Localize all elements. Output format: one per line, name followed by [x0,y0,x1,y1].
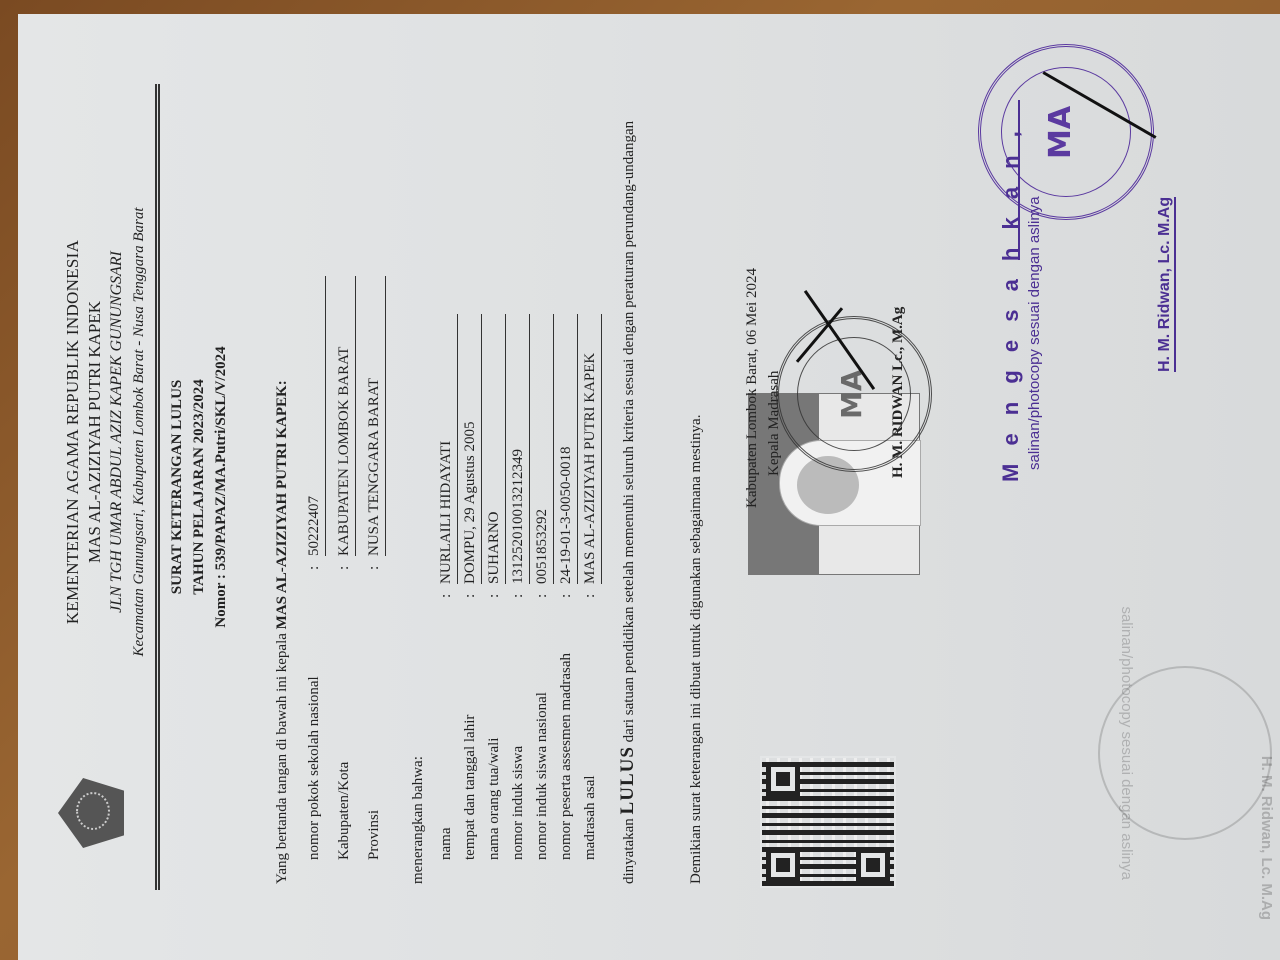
school-region: Kecamatan Gunungsari, Kabupaten Lombok B… [128,54,150,810]
signature-place-date: Kabupaten Lombok Barat, 06 Mei 2024 [744,268,761,508]
ghost-legalization-text: salinan/photocopy sesuai dengan aslinya [1118,606,1135,880]
ministry-name: KEMENTERIAN AGAMA REPUBLIK INDONESIA [62,54,84,810]
stamp-center-text: MA [1043,106,1078,159]
result-prefix: dinyatakan [621,818,637,884]
field-value: NUSA TENGGARA BARAT [363,276,386,556]
document-number: Nomor : 539/PAPAZ/MA.Putri/SKL/V/2024 [210,14,232,960]
title-line: SURAT KETERANGAN LULUS [166,14,188,960]
field-value: SUHARNO [483,314,506,584]
qr-finder [766,848,800,882]
qr-finder [766,762,800,796]
field-value: MAS AL-AZIZIYAH PUTRI KAPEK [579,314,602,584]
school-address: JLN TGH UMAR ABDUL AZIZ KAPEK GUNUNGSARI [106,54,128,810]
qr-finder [856,848,890,882]
letterhead-divider [155,84,157,890]
field-value: 131252010013212349 [507,314,530,584]
legalization-text: salinan/photocopy sesuai dengan aslinya [1026,196,1043,470]
field-npsn: nomor pokok sekolah nasional:50222407 [300,276,328,860]
field-value: 24-19-01-3-0050-0018 [555,314,578,584]
result-paragraph: dinyatakan LULUS dari satuan pendidikan … [616,46,641,884]
intro-school: MAS AL-AZIZIYAH PUTRI KAPEK: [274,380,290,629]
field-value: 50222407 [303,276,326,556]
result-suffix: dari satuan pendidikan setelah memenuhi … [621,121,637,742]
field-label: madrasah asal [576,598,604,884]
field-kabupaten: Kabupaten/Kota:KABUPATEN LOMBOK BARAT [330,276,358,860]
closing-text: Demikian surat keterangan ini dibuat unt… [688,415,705,884]
academic-year: TAHUN PELAJARAN 2023/2024 [188,14,210,960]
field-label: Provinsi [360,570,388,860]
school-stamp: MA [776,316,932,472]
intro-text: Yang bertanda tangan di bawah ini kepala [274,633,290,884]
field-provinsi: Provinsi:NUSA TENGGARA BARAT [360,276,388,860]
field-value: KABUPATEN LOMBOK BARAT [333,276,356,556]
letterhead: KEMENTERIAN AGAMA REPUBLIK INDONESIA MAS… [62,54,150,810]
document-title: SURAT KETERANGAN LULUS TAHUN PELAJARAN 2… [166,14,232,960]
ghost-legalization-name: H. M. Ridwan, Lc. M.Ag [1258,756,1275,920]
field-value: DOMPU, 29 Agustus 2005 [459,314,482,584]
field-value: NURLAILI HIDAYATI [435,314,458,584]
qr-code-icon [760,756,896,888]
field-label: nomor pokok sekolah nasional [300,570,328,860]
legalization-name: H. M. Ridwan, Lc. M.Ag [1156,197,1176,372]
legalization-line [1018,100,1020,260]
field-value: 0051853292 [531,314,554,584]
menerangkan-label: menerangkan bahwa: [410,756,427,884]
intro-paragraph: Yang bertanda tangan di bawah ini kepala… [274,54,291,884]
field-label: Kabupaten/Kota [330,570,358,860]
school-name: MAS AL-AZIZIYAH PUTRI KAPEK [84,54,106,810]
legalization-word: M e n g e s a h k a n , [998,125,1024,482]
document-page: KEMENTERIAN AGAMA REPUBLIK INDONESIA MAS… [18,14,1280,960]
student-field-madrasah-asal: madrasah asal:MAS AL-AZIZIYAH PUTRI KAPE… [576,314,604,884]
result-status: LULUS [617,746,638,814]
